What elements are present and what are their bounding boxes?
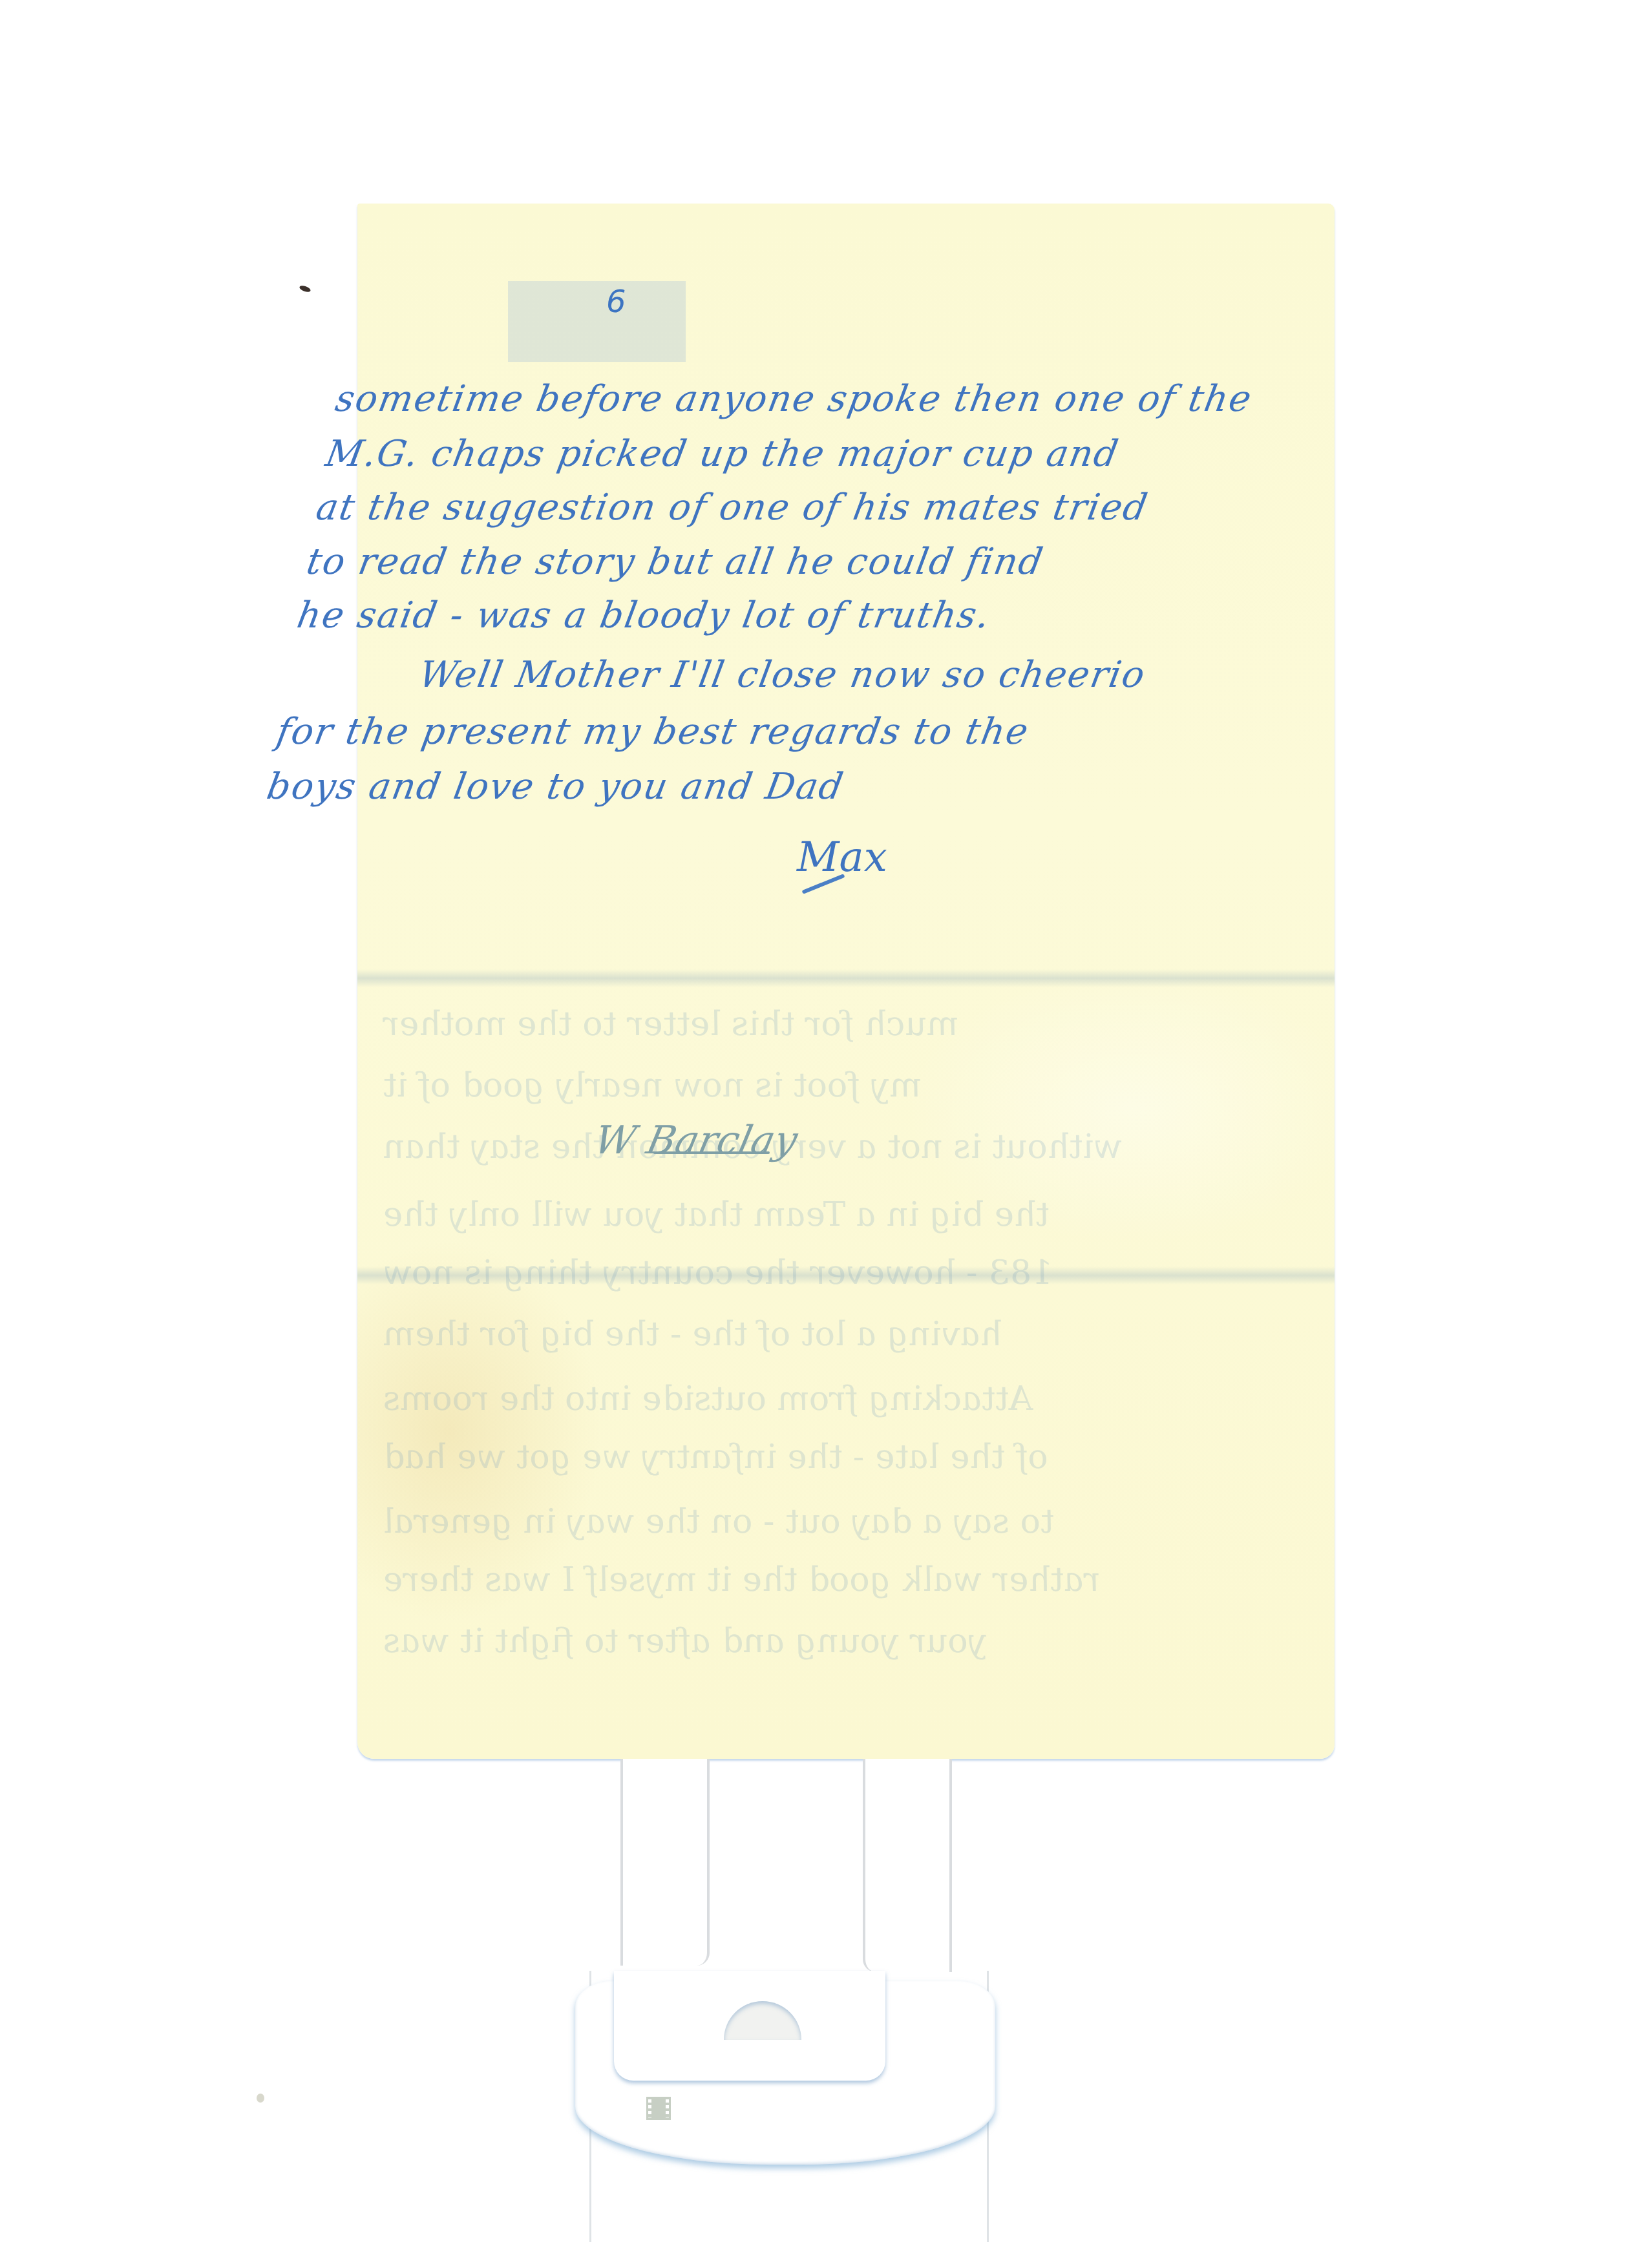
letter-line: for the present my best regards to the xyxy=(273,711,1033,753)
stamp-shadow xyxy=(508,281,686,362)
holder-arm-right xyxy=(863,1759,952,1972)
letter-line: M.G. chaps picked up the major cup and xyxy=(322,433,1123,475)
letter-line: boys and love to you and Dad xyxy=(264,766,847,808)
film-strip-icon xyxy=(646,2097,671,2120)
bleed-through-text: rather walk good the it myself I was the… xyxy=(380,1560,1104,1599)
holder-tab xyxy=(614,1971,885,2081)
holder-tray xyxy=(575,1980,995,2165)
bleed-through-text: 183 - however the country thing is now xyxy=(380,1254,1056,1292)
letter-page: much for this letter to the mother my fo… xyxy=(357,204,1335,1759)
bleed-through-text: your young and after to fight it was xyxy=(380,1622,991,1661)
dust-speck xyxy=(257,2094,264,2103)
bleed-through-text: of the late - the infantry we got we had xyxy=(380,1438,1052,1476)
letter-line: at the suggestion of one of his mates tr… xyxy=(313,487,1152,529)
letter-line: sometime before anyone spoke then one of… xyxy=(332,378,1256,420)
bleed-through-text: having a lot of the - the big for them xyxy=(380,1315,1006,1354)
bleed-through-text: to say a day out - on the way in general xyxy=(380,1502,1058,1541)
bleed-through-text: much for this letter to the mother xyxy=(380,1005,962,1044)
letter-line: to read the story but all he could find xyxy=(303,541,1047,583)
holder-notch xyxy=(724,2001,801,2040)
bleed-through-text: my foot is now nearly good of it xyxy=(380,1066,925,1105)
censor-signature-underline xyxy=(653,1151,770,1154)
letter-line: Well Mother I'll close now so cheerio xyxy=(416,654,1149,696)
bleed-through-text: the big in a Team that you will only the xyxy=(380,1195,1053,1234)
ink-blot xyxy=(299,284,312,293)
page-number: 6 xyxy=(606,284,626,320)
letter-line: he said - was a bloody lot of truths. xyxy=(294,594,994,636)
bleed-through-text: Attacking from outside into the rooms xyxy=(380,1380,1036,1418)
holder-outline xyxy=(589,1971,989,2242)
censor-signature: W Barclay xyxy=(591,1118,802,1163)
paper-fold xyxy=(357,969,1335,987)
holder-arm-left xyxy=(620,1759,710,1966)
